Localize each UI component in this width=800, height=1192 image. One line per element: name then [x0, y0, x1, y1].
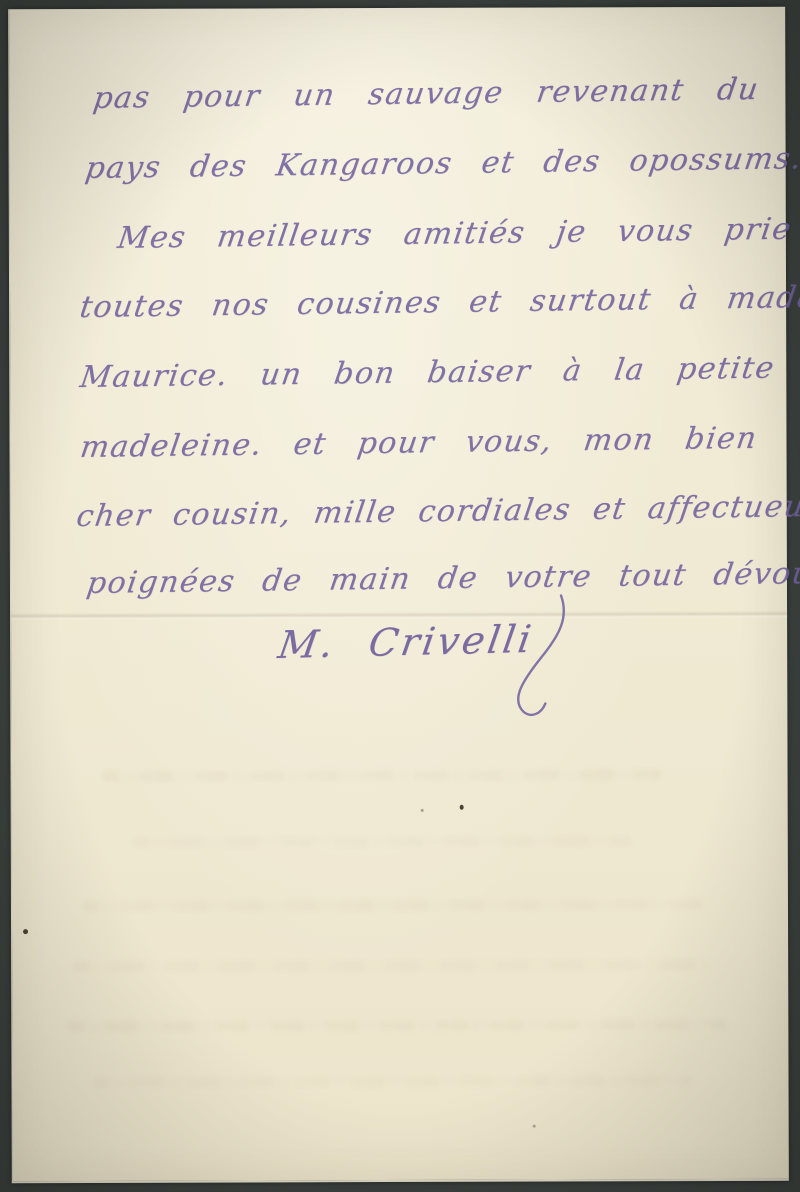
letter-line-4: toutes nos cousines et surtout à madame — [78, 279, 800, 325]
paper-speck — [23, 929, 28, 934]
letter-line-7: cher cousin, mille cordiales et affectue… — [74, 488, 800, 534]
ink-showthrough — [102, 769, 662, 782]
ink-showthrough — [82, 899, 702, 912]
letter-line-6: madeleine. et pour vous, mon bien — [78, 421, 760, 465]
fold-crease — [11, 611, 787, 620]
letter-line-2: pays des Kangaroos et des opossums. — [83, 141, 800, 186]
letter-line-8: poignées de main de votre tout dévoué — [84, 556, 800, 601]
letter-line-1: pas pour un sauvage revenant du — [91, 72, 762, 116]
ink-showthrough — [132, 835, 632, 848]
paper-speck — [460, 805, 464, 810]
letter-line-3: Mes meilleurs amitiés je vous prie à — [115, 211, 800, 256]
signature-flourish-stroke — [489, 587, 589, 737]
paper-speck — [421, 809, 424, 812]
scan-background: pas pour un sauvage revenant du pays des… — [0, 0, 800, 1192]
paper-speck — [533, 1125, 536, 1128]
letter-page: pas pour un sauvage revenant du pays des… — [8, 7, 789, 1183]
ink-showthrough — [93, 1075, 693, 1088]
ink-showthrough — [72, 959, 712, 972]
letter-line-5: Maurice. un bon baiser à la petite — [78, 351, 778, 395]
ink-showthrough — [67, 1019, 727, 1032]
